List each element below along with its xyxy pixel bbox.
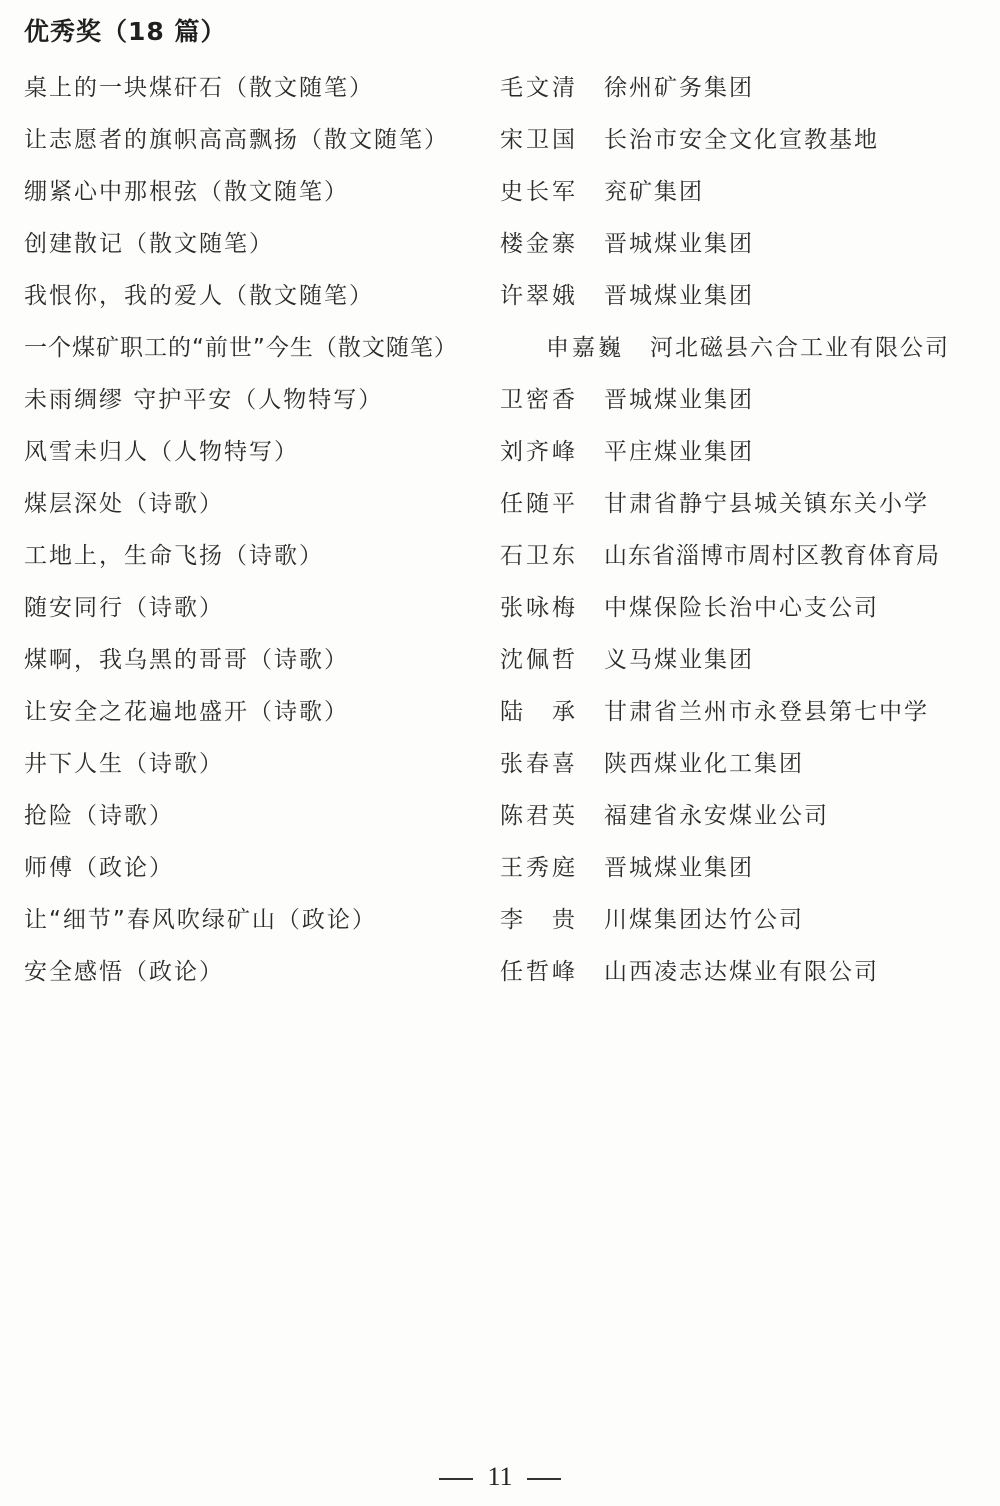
footer-dash-right [527, 1478, 561, 1480]
entry-author: 卫密香 [500, 380, 578, 420]
award-entry: 让安全之花遍地盛开（诗歌） 陆 承 甘肃省兰州市永登县第七中学 [0, 692, 1000, 732]
entry-title: 煤层深处（诗歌） [24, 484, 224, 524]
entry-author: 楼金寨 [500, 224, 578, 264]
award-entry: 安全感悟（政论） 任哲峰 山西凌志达煤业有限公司 [0, 952, 1000, 992]
entry-author: 沈佩哲 [500, 640, 578, 680]
entry-title: 随安同行（诗歌） [24, 588, 224, 628]
entry-title: 让“细节”春风吹绿矿山（政论） [24, 900, 377, 940]
entry-organization: 长治市安全文化宣教基地 [604, 120, 879, 160]
entry-author: 宋卫国 [500, 120, 578, 160]
entry-author: 刘齐峰 [500, 432, 578, 472]
entry-author: 毛文清 [500, 68, 578, 108]
award-entry: 煤啊，我乌黑的哥哥（诗歌） 沈佩哲 义马煤业集团 [0, 640, 1000, 680]
entry-organization: 山东省淄博市周村区教育体育局 [604, 536, 940, 576]
entry-organization: 甘肃省静宁县城关镇东关小学 [604, 484, 929, 524]
entry-organization: 山西凌志达煤业有限公司 [604, 952, 879, 992]
award-entry: 工地上，生命飞扬（诗歌） 石卫东 山东省淄博市周村区教育体育局 [0, 536, 1000, 576]
footer-dash-left [439, 1478, 473, 1480]
entry-title: 创建散记（散文随笔） [24, 224, 274, 264]
entry-author: 申嘉巍 [546, 328, 624, 368]
entry-author: 任哲峰 [500, 952, 578, 992]
entry-organization: 中煤保险长治中心支公司 [604, 588, 879, 628]
entry-organization: 兖矿集团 [604, 172, 704, 212]
award-entry: 抢险（诗歌） 陈君英 福建省永安煤业公司 [0, 796, 1000, 836]
award-entry: 风雪未归人（人物特写） 刘齐峰 平庄煤业集团 [0, 432, 1000, 472]
entry-title: 未雨绸缪 守护平安（人物特写） [24, 380, 383, 420]
entry-title: 抢险（诗歌） [24, 796, 174, 836]
award-entry: 未雨绸缪 守护平安（人物特写） 卫密香 晋城煤业集团 [0, 380, 1000, 420]
award-entry: 创建散记（散文随笔） 楼金寨 晋城煤业集团 [0, 224, 1000, 264]
entry-author: 张春喜 [500, 744, 578, 784]
page-footer: 11 [0, 1462, 1000, 1492]
entry-organization: 河北磁县六合工业有限公司 [650, 328, 950, 368]
award-entry: 一个煤矿职工的“前世”今生（散文随笔） 申嘉巍 河北磁县六合工业有限公司 [0, 328, 1000, 368]
entry-title: 师傅（政论） [24, 848, 174, 888]
award-entry: 随安同行（诗歌） 张咏梅 中煤保险长治中心支公司 [0, 588, 1000, 628]
award-entry: 桌上的一块煤矸石（散文随笔） 毛文清 徐州矿务集团 [0, 68, 1000, 108]
entry-organization: 晋城煤业集团 [604, 276, 754, 316]
award-entry: 我恨你，我的爱人（散文随笔） 许翠娥 晋城煤业集团 [0, 276, 1000, 316]
entry-author: 王秀庭 [500, 848, 578, 888]
award-entry: 绷紧心中那根弦（散文随笔） 史长军 兖矿集团 [0, 172, 1000, 212]
entry-author: 许翠娥 [500, 276, 578, 316]
entry-title: 桌上的一块煤矸石（散文随笔） [24, 68, 374, 108]
entry-author: 任随平 [500, 484, 578, 524]
entry-organization: 平庄煤业集团 [604, 432, 754, 472]
entry-title: 安全感悟（政论） [24, 952, 224, 992]
entry-title: 绷紧心中那根弦（散文随笔） [24, 172, 349, 212]
entry-title: 工地上，生命飞扬（诗歌） [24, 536, 324, 576]
entry-organization: 川煤集团达竹公司 [604, 900, 804, 940]
entry-author: 李 贵 [500, 900, 578, 940]
entry-title: 让志愿者的旗帜高高飘扬（散文随笔） [24, 120, 449, 160]
entry-author: 陈君英 [500, 796, 578, 836]
page-number: 11 [487, 1462, 512, 1491]
entry-author: 陆 承 [500, 692, 578, 732]
award-entry: 让“细节”春风吹绿矿山（政论） 李 贵 川煤集团达竹公司 [0, 900, 1000, 940]
entry-title: 风雪未归人（人物特写） [24, 432, 299, 472]
entry-title: 井下人生（诗歌） [24, 744, 224, 784]
entry-title: 一个煤矿职工的“前世”今生（散文随笔） [24, 328, 458, 368]
entry-organization: 义马煤业集团 [604, 640, 754, 680]
section-heading: 优秀奖（18 篇） [24, 12, 227, 48]
entry-organization: 甘肃省兰州市永登县第七中学 [604, 692, 929, 732]
entry-organization: 晋城煤业集团 [604, 848, 754, 888]
entry-title: 煤啊，我乌黑的哥哥（诗歌） [24, 640, 349, 680]
entry-title: 让安全之花遍地盛开（诗歌） [24, 692, 349, 732]
award-entry: 煤层深处（诗歌） 任随平 甘肃省静宁县城关镇东关小学 [0, 484, 1000, 524]
entry-organization: 晋城煤业集团 [604, 380, 754, 420]
award-entry: 井下人生（诗歌） 张春喜 陕西煤业化工集团 [0, 744, 1000, 784]
award-entry: 师傅（政论） 王秀庭 晋城煤业集团 [0, 848, 1000, 888]
entry-organization: 陕西煤业化工集团 [604, 744, 804, 784]
entry-organization: 徐州矿务集团 [604, 68, 754, 108]
entry-author: 石卫东 [500, 536, 578, 576]
entry-author: 张咏梅 [500, 588, 578, 628]
entry-organization: 晋城煤业集团 [604, 224, 754, 264]
entry-title: 我恨你，我的爱人（散文随笔） [24, 276, 374, 316]
entry-organization: 福建省永安煤业公司 [604, 796, 829, 836]
award-entry: 让志愿者的旗帜高高飘扬（散文随笔） 宋卫国 长治市安全文化宣教基地 [0, 120, 1000, 160]
entry-author: 史长军 [500, 172, 578, 212]
